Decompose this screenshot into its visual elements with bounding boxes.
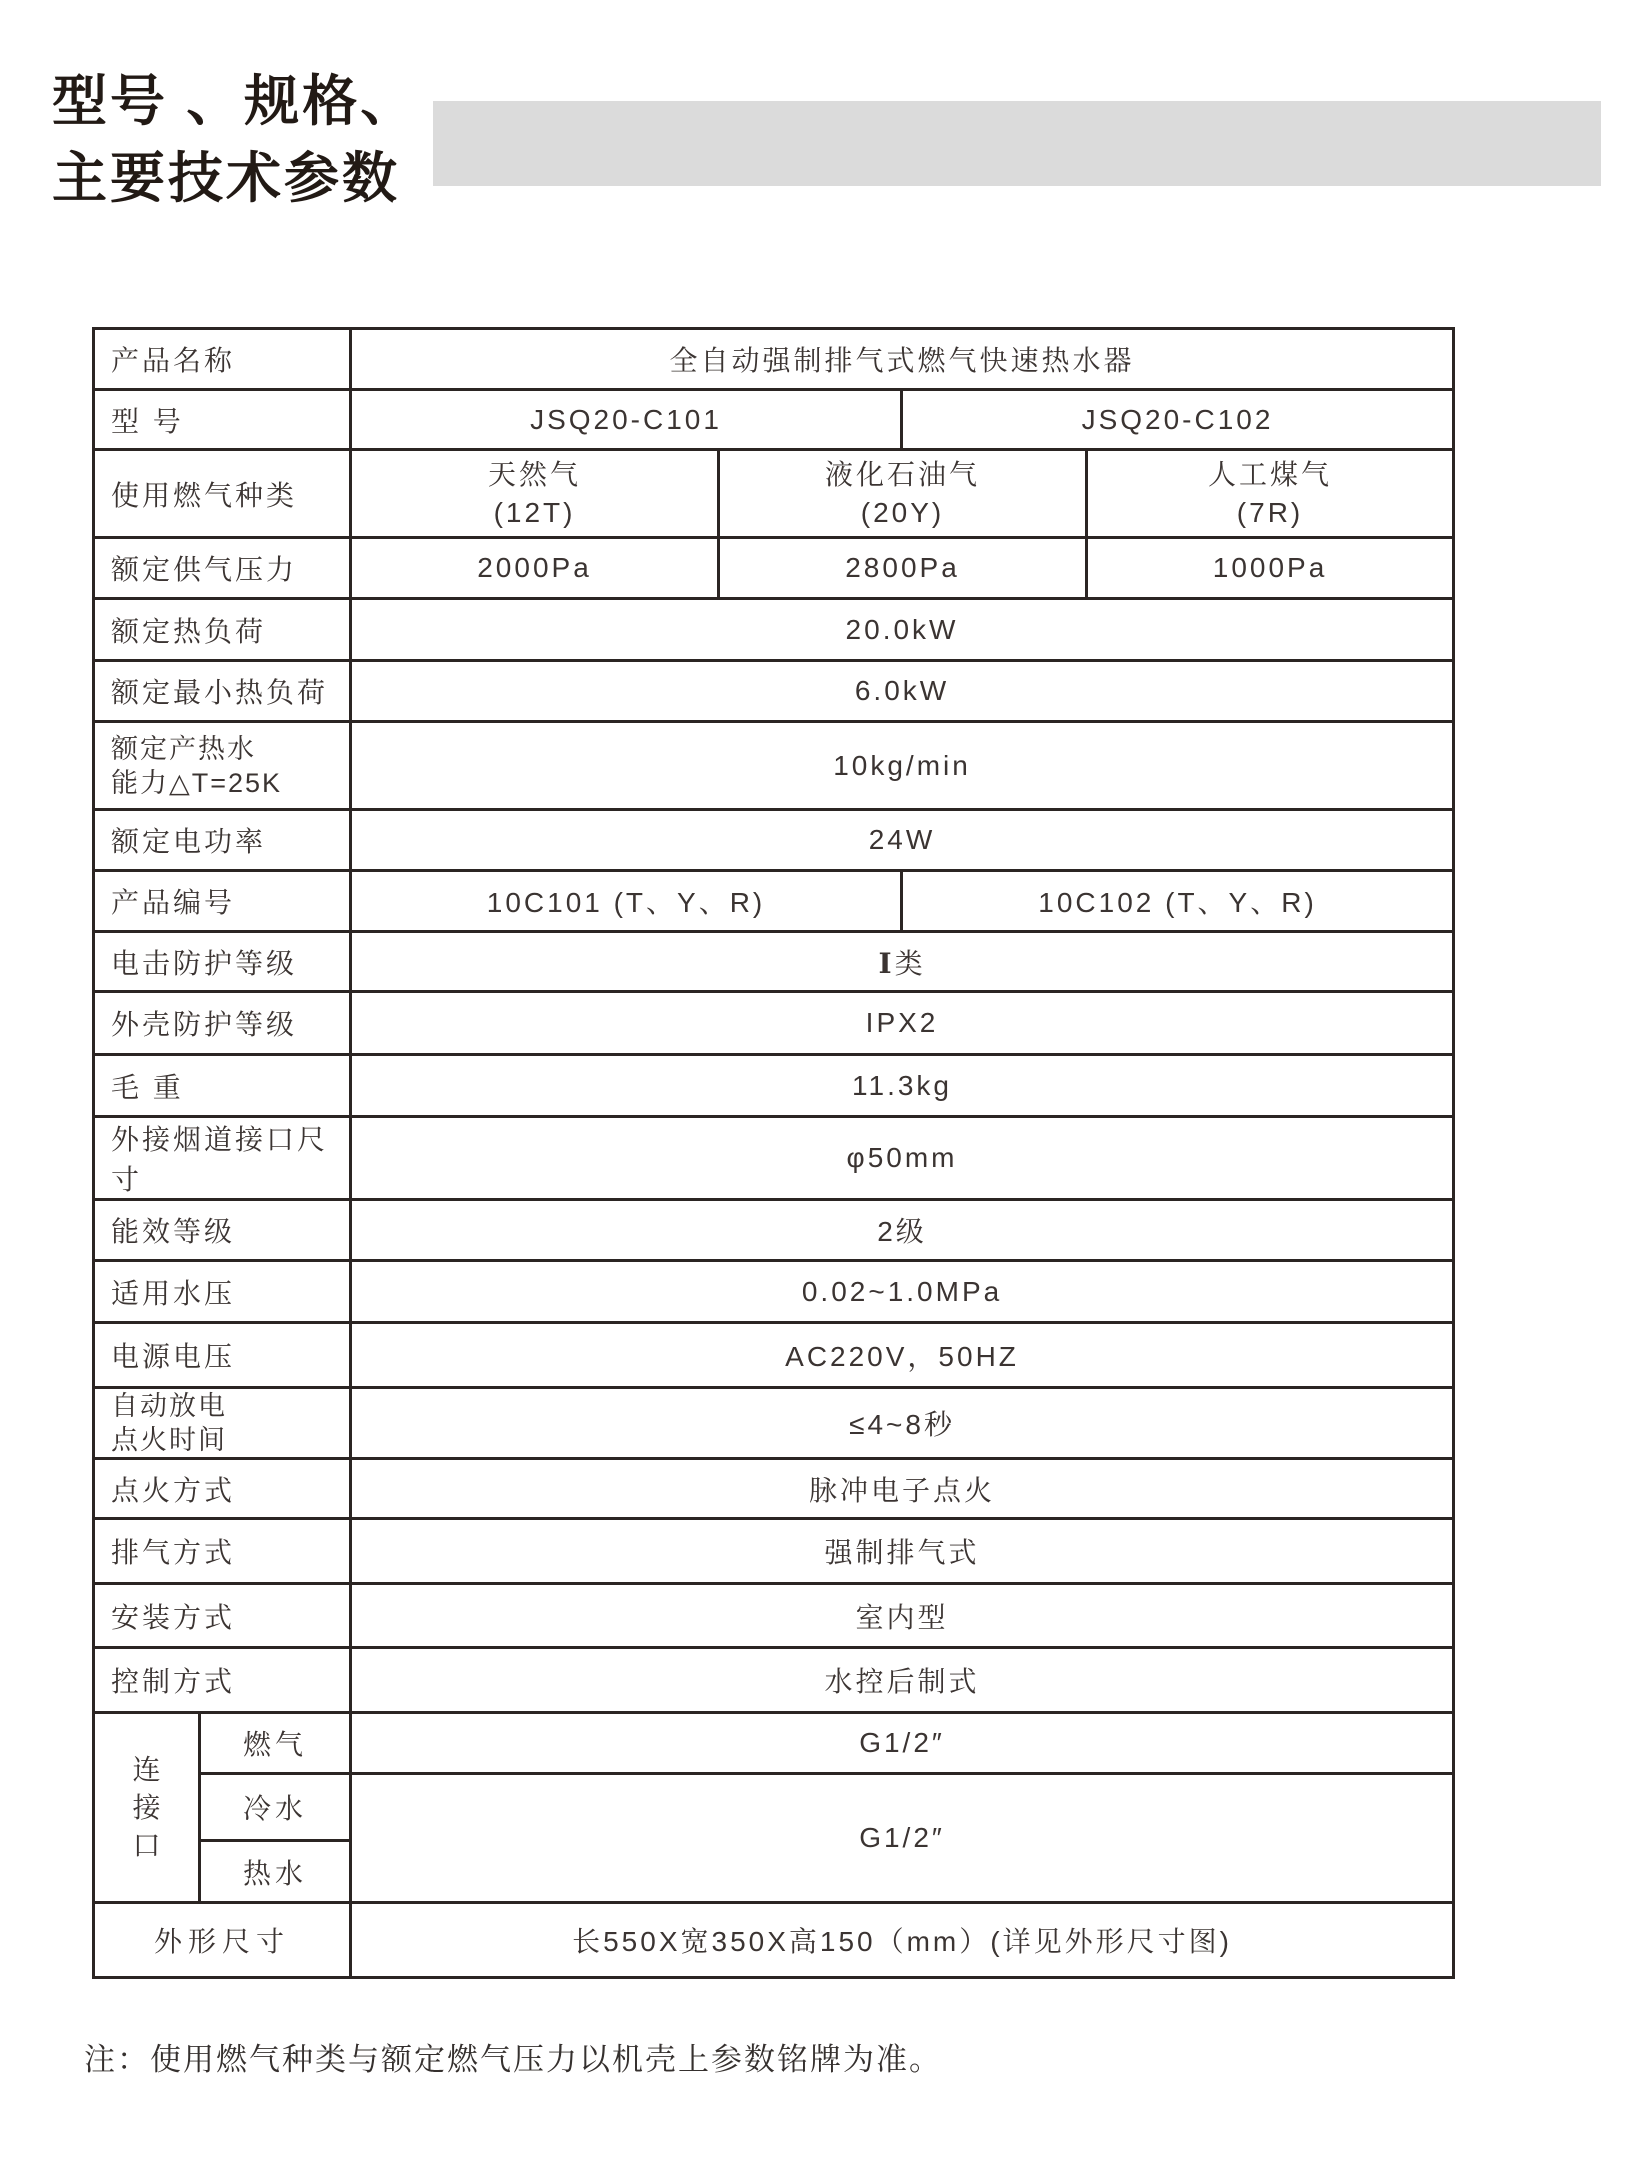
- page-title-line1: 型号 、规格、: [52, 63, 418, 140]
- cell-value: 11.3kg: [351, 1055, 1454, 1117]
- row-label: 额定产热水 能力△T=25K: [94, 722, 351, 810]
- row-label-line2: 点火时间: [111, 1423, 349, 1457]
- page-title-line2: 主要技术参数: [52, 140, 418, 217]
- cell-gas-coal: 人工煤气 (7R): [1087, 450, 1454, 538]
- row-label: 自动放电 点火时间: [94, 1388, 351, 1459]
- row-ignition-time: 自动放电 点火时间 ≤4~8秒: [94, 1388, 1454, 1459]
- spec-page: 型号 、规格、 主要技术参数 产品名称 全自动强制排气式燃气快速热水器 型 号 …: [0, 0, 1652, 2165]
- page-title: 型号 、规格、 主要技术参数: [52, 63, 418, 217]
- row-label: 额定电功率: [94, 810, 351, 871]
- footnote: 注：使用燃气种类与额定燃气压力以机壳上参数铭牌为准。: [84, 2034, 942, 2079]
- row-control-mode: 控制方式 水控后制式: [94, 1648, 1454, 1713]
- sub-label-hot-water: 热水: [200, 1841, 351, 1903]
- row-supply-voltage: 电源电压 AC220V，50HZ: [94, 1323, 1454, 1388]
- vertical-label: 连接口: [132, 1751, 162, 1865]
- sub-label-cold-water: 冷水: [200, 1774, 351, 1841]
- row-model: 型 号 JSQ20-C101 JSQ20-C102: [94, 390, 1454, 450]
- row-label: 排气方式: [94, 1519, 351, 1584]
- row-label: 外接烟道接口尺寸: [94, 1117, 351, 1200]
- row-label: 电击防护等级: [94, 932, 351, 992]
- spec-table: 产品名称 全自动强制排气式燃气快速热水器 型 号 JSQ20-C101 JSQ2…: [92, 327, 1455, 1979]
- row-label-line1: 自动放电: [111, 1389, 349, 1423]
- row-label-line1: 额定产热水: [111, 732, 349, 766]
- row-install-mode: 安装方式 室内型: [94, 1584, 1454, 1648]
- cell-code-2: 10C102 (T、Y、R): [902, 871, 1454, 932]
- row-water-pressure: 适用水压 0.02~1.0MPa: [94, 1261, 1454, 1323]
- row-gross-weight: 毛 重 11.3kg: [94, 1055, 1454, 1117]
- row-label: 产品编号: [94, 871, 351, 932]
- cell-value: Ⅰ类: [351, 932, 1454, 992]
- gas-name: 天然气: [352, 456, 717, 494]
- cell-value: 10kg/min: [351, 722, 1454, 810]
- row-flue-size: 外接烟道接口尺寸 φ50mm: [94, 1117, 1454, 1200]
- row-label: 外壳防护等级: [94, 992, 351, 1055]
- row-label: 点火方式: [94, 1459, 351, 1519]
- gas-name: 液化石油气: [720, 456, 1085, 494]
- class-suffix: 类: [895, 948, 926, 979]
- cell-pressure-1: 2000Pa: [351, 538, 719, 599]
- cell-value: IPX2: [351, 992, 1454, 1055]
- row-energy-class: 能效等级 2级: [94, 1200, 1454, 1261]
- row-label: 外形尺寸: [94, 1903, 351, 1978]
- gas-code: (20Y): [720, 494, 1085, 532]
- row-label: 适用水压: [94, 1261, 351, 1323]
- connection-group-label: 连接口: [94, 1713, 200, 1903]
- cell-value: 全自动强制排气式燃气快速热水器: [351, 329, 1454, 390]
- gas-code: (12T): [352, 494, 717, 532]
- row-gas-type: 使用燃气种类 天然气 (12T) 液化石油气 (20Y) 人工煤气 (7R): [94, 450, 1454, 538]
- cell-gas-lpg: 液化石油气 (20Y): [719, 450, 1087, 538]
- row-hot-water-capacity: 额定产热水 能力△T=25K 10kg/min: [94, 722, 1454, 810]
- cell-value: 6.0kW: [351, 661, 1454, 722]
- row-label: 使用燃气种类: [94, 450, 351, 538]
- cell-model-2: JSQ20-C102: [902, 390, 1454, 450]
- row-dimensions: 外形尺寸 长550X宽350X高150（mm）(详见外形尺寸图): [94, 1903, 1454, 1978]
- row-min-heat-load: 额定最小热负荷 6.0kW: [94, 661, 1454, 722]
- row-exhaust-mode: 排气方式 强制排气式: [94, 1519, 1454, 1584]
- cell-gas-connection: G1/2″: [351, 1713, 1454, 1774]
- row-label: 型 号: [94, 390, 351, 450]
- cell-value: AC220V，50HZ: [351, 1323, 1454, 1388]
- row-label: 产品名称: [94, 329, 351, 390]
- cell-value: 2级: [351, 1200, 1454, 1261]
- row-gas-pressure: 额定供气压力 2000Pa 2800Pa 1000Pa: [94, 538, 1454, 599]
- cell-value: ≤4~8秒: [351, 1388, 1454, 1459]
- cell-gas-natural: 天然气 (12T): [351, 450, 719, 538]
- cell-value: 强制排气式: [351, 1519, 1454, 1584]
- roman-numeral: Ⅰ: [878, 949, 894, 980]
- row-product-name: 产品名称 全自动强制排气式燃气快速热水器: [94, 329, 1454, 390]
- cell-model-1: JSQ20-C101: [351, 390, 902, 450]
- gas-code: (7R): [1088, 494, 1452, 532]
- cell-code-1: 10C101 (T、Y、R): [351, 871, 902, 932]
- row-label: 能效等级: [94, 1200, 351, 1261]
- row-connection-cold-water: 冷水 G1/2″: [94, 1774, 1454, 1841]
- row-label: 电源电压: [94, 1323, 351, 1388]
- cell-value: 水控后制式: [351, 1648, 1454, 1713]
- cell-value: 长550X宽350X高150（mm）(详见外形尺寸图): [351, 1903, 1454, 1978]
- cell-pressure-3: 1000Pa: [1087, 538, 1454, 599]
- row-label: 安装方式: [94, 1584, 351, 1648]
- row-heat-load: 额定热负荷 20.0kW: [94, 599, 1454, 661]
- cell-water-connection: G1/2″: [351, 1774, 1454, 1903]
- cell-value: 脉冲电子点火: [351, 1459, 1454, 1519]
- cell-value: 20.0kW: [351, 599, 1454, 661]
- row-shock-protection: 电击防护等级 Ⅰ类: [94, 932, 1454, 992]
- row-label: 额定最小热负荷: [94, 661, 351, 722]
- cell-pressure-2: 2800Pa: [719, 538, 1087, 599]
- row-product-code: 产品编号 10C101 (T、Y、R) 10C102 (T、Y、R): [94, 871, 1454, 932]
- row-label: 控制方式: [94, 1648, 351, 1713]
- row-label: 毛 重: [94, 1055, 351, 1117]
- row-ignition-mode: 点火方式 脉冲电子点火: [94, 1459, 1454, 1519]
- cell-value: 24W: [351, 810, 1454, 871]
- title-accent-bar: [433, 101, 1601, 186]
- row-label-line2: 能力△T=25K: [111, 766, 349, 800]
- cell-value: 室内型: [351, 1584, 1454, 1648]
- row-label: 额定供气压力: [94, 538, 351, 599]
- row-electric-power: 额定电功率 24W: [94, 810, 1454, 871]
- row-enclosure-protection: 外壳防护等级 IPX2: [94, 992, 1454, 1055]
- row-label: 额定热负荷: [94, 599, 351, 661]
- row-connection-gas: 连接口 燃气 G1/2″: [94, 1713, 1454, 1774]
- sub-label-gas: 燃气: [200, 1713, 351, 1774]
- cell-value: 0.02~1.0MPa: [351, 1261, 1454, 1323]
- cell-value: φ50mm: [351, 1117, 1454, 1200]
- gas-name: 人工煤气: [1088, 456, 1452, 494]
